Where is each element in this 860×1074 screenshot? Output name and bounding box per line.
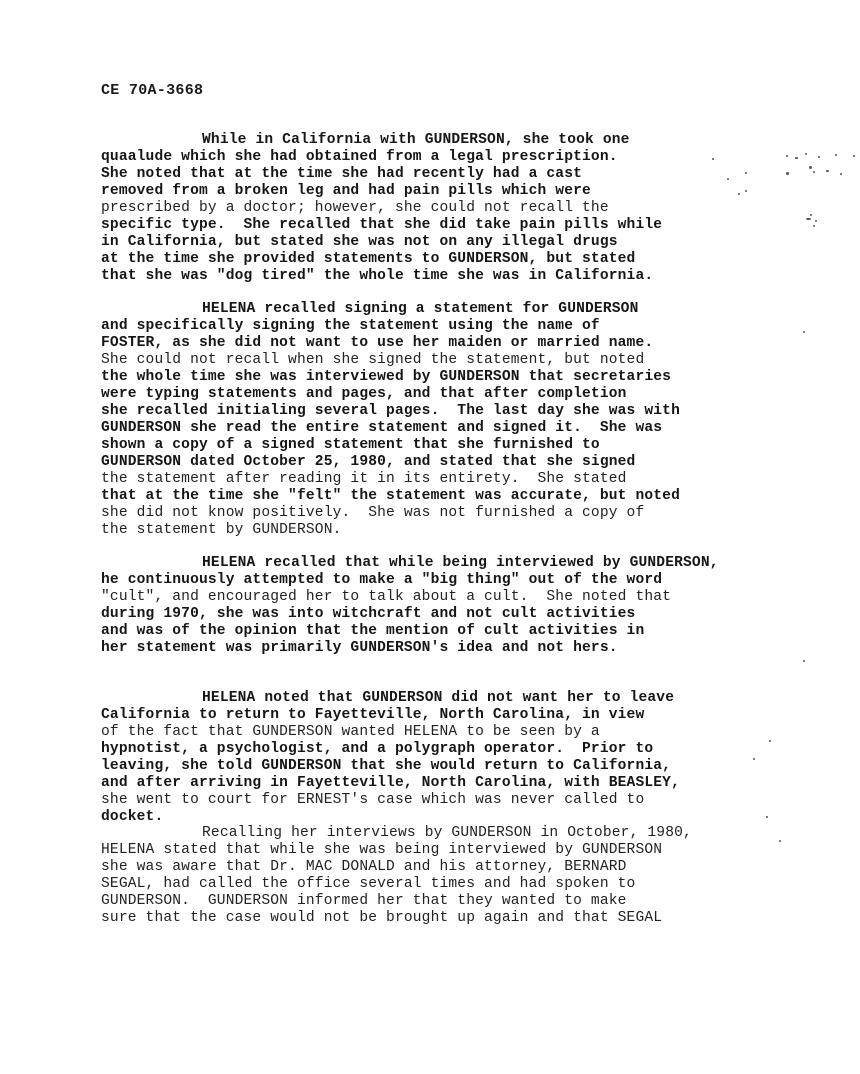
text-line: HELENA recalled signing a statement for … bbox=[101, 301, 781, 318]
text-line: "cult", and encouraged her to talk about… bbox=[101, 589, 781, 606]
text-line: she recalled initialing several pages. T… bbox=[101, 403, 781, 420]
text-line: GUNDERSON she read the entire statement … bbox=[101, 420, 781, 437]
scan-speck bbox=[809, 166, 812, 169]
text-line: SEGAL, had called the office several tim… bbox=[101, 876, 781, 893]
text-line: she was aware that Dr. MAC DONALD and hi… bbox=[101, 859, 781, 876]
text-line: GUNDERSON dated October 25, 1980, and st… bbox=[101, 454, 781, 471]
text-line: Recalling her interviews by GUNDERSON in… bbox=[101, 825, 781, 842]
scan-speck bbox=[803, 331, 805, 333]
text-line: HELENA recalled that while being intervi… bbox=[101, 555, 781, 572]
text-line: GUNDERSON. GUNDERSON informed her that t… bbox=[101, 893, 781, 910]
scan-speck bbox=[779, 840, 781, 842]
scan-speck bbox=[745, 172, 747, 174]
file-number: CE 70A-3668 bbox=[101, 82, 203, 99]
text-line: specific type. She recalled that she did… bbox=[101, 217, 781, 234]
text-line: were typing statements and pages, and th… bbox=[101, 386, 781, 403]
text-line: during 1970, she was into witchcraft and… bbox=[101, 606, 781, 623]
paragraph-1: While in California with GUNDERSON, she … bbox=[101, 132, 781, 285]
text-line: the whole time she was interviewed by GU… bbox=[101, 369, 781, 386]
scan-speck bbox=[795, 157, 798, 159]
text-line: the statement by GUNDERSON. bbox=[101, 522, 781, 539]
text-line: She could not recall when she signed the… bbox=[101, 352, 781, 369]
scan-speck bbox=[853, 155, 855, 157]
scan-speck bbox=[813, 225, 815, 227]
paragraph-2: HELENA recalled signing a statement for … bbox=[101, 301, 781, 539]
text-line: at the time she provided statements to G… bbox=[101, 251, 781, 268]
text-line: While in California with GUNDERSON, she … bbox=[101, 132, 781, 149]
text-line: docket. bbox=[101, 809, 781, 826]
text-line: the statement after reading it in its en… bbox=[101, 471, 781, 488]
text-line: and after arriving in Fayetteville, Nort… bbox=[101, 775, 781, 792]
scan-speck bbox=[806, 218, 811, 220]
text-line: her statement was primarily GUNDERSON's … bbox=[101, 640, 781, 657]
scan-speck bbox=[815, 220, 817, 222]
scan-speck bbox=[766, 816, 768, 818]
text-line: removed from a broken leg and had pain p… bbox=[101, 183, 781, 200]
text-line: shown a copy of a signed statement that … bbox=[101, 437, 781, 454]
text-line: HELENA noted that GUNDERSON did not want… bbox=[101, 690, 781, 707]
scan-speck bbox=[745, 190, 747, 192]
text-line: quaalude which she had obtained from a l… bbox=[101, 149, 781, 166]
text-line: she did not know positively. She was not… bbox=[101, 505, 781, 522]
scan-speck bbox=[803, 660, 805, 662]
scan-speck bbox=[786, 172, 789, 175]
scan-speck bbox=[810, 214, 812, 216]
scan-speck bbox=[818, 156, 820, 158]
text-line: in California, but stated she was not on… bbox=[101, 234, 781, 251]
scan-speck bbox=[840, 173, 842, 175]
text-line: She noted that at the time she had recen… bbox=[101, 166, 781, 183]
text-line: California to return to Fayetteville, No… bbox=[101, 707, 781, 724]
scan-speck bbox=[738, 193, 740, 195]
text-line: leaving, she told GUNDERSON that she wou… bbox=[101, 758, 781, 775]
document-page: CE 70A-3668 While in California with GUN… bbox=[0, 0, 860, 1074]
text-line: hypnotist, a psychologist, and a polygra… bbox=[101, 741, 781, 758]
text-line: FOSTER, as she did not want to use her m… bbox=[101, 335, 781, 352]
text-line: of the fact that GUNDERSON wanted HELENA… bbox=[101, 724, 781, 741]
paragraph-3: HELENA recalled that while being intervi… bbox=[101, 555, 781, 657]
scan-speck bbox=[786, 155, 788, 157]
text-line: HELENA stated that while she was being i… bbox=[101, 842, 781, 859]
scan-speck bbox=[769, 740, 771, 742]
text-line: and was of the opinion that the mention … bbox=[101, 623, 781, 640]
text-line: he continuously attempted to make a "big… bbox=[101, 572, 781, 589]
scan-speck bbox=[753, 758, 755, 760]
scan-speck bbox=[826, 170, 829, 172]
scan-speck bbox=[805, 153, 807, 155]
text-line: and specifically signing the statement u… bbox=[101, 318, 781, 335]
text-line: sure that the case would not be brought … bbox=[101, 910, 781, 927]
scan-speck bbox=[727, 178, 729, 180]
text-line: that at the time she "felt" the statemen… bbox=[101, 488, 781, 505]
text-line: she went to court for ERNEST's case whic… bbox=[101, 792, 781, 809]
paragraph-4: HELENA noted that GUNDERSON did not want… bbox=[101, 690, 781, 826]
text-line: that she was "dog tired" the whole time … bbox=[101, 268, 781, 285]
paragraph-5: Recalling her interviews by GUNDERSON in… bbox=[101, 825, 781, 927]
scan-speck bbox=[712, 158, 714, 160]
scan-speck bbox=[835, 154, 837, 156]
text-line: prescribed by a doctor; however, she cou… bbox=[101, 200, 781, 217]
scan-speck bbox=[813, 171, 815, 173]
